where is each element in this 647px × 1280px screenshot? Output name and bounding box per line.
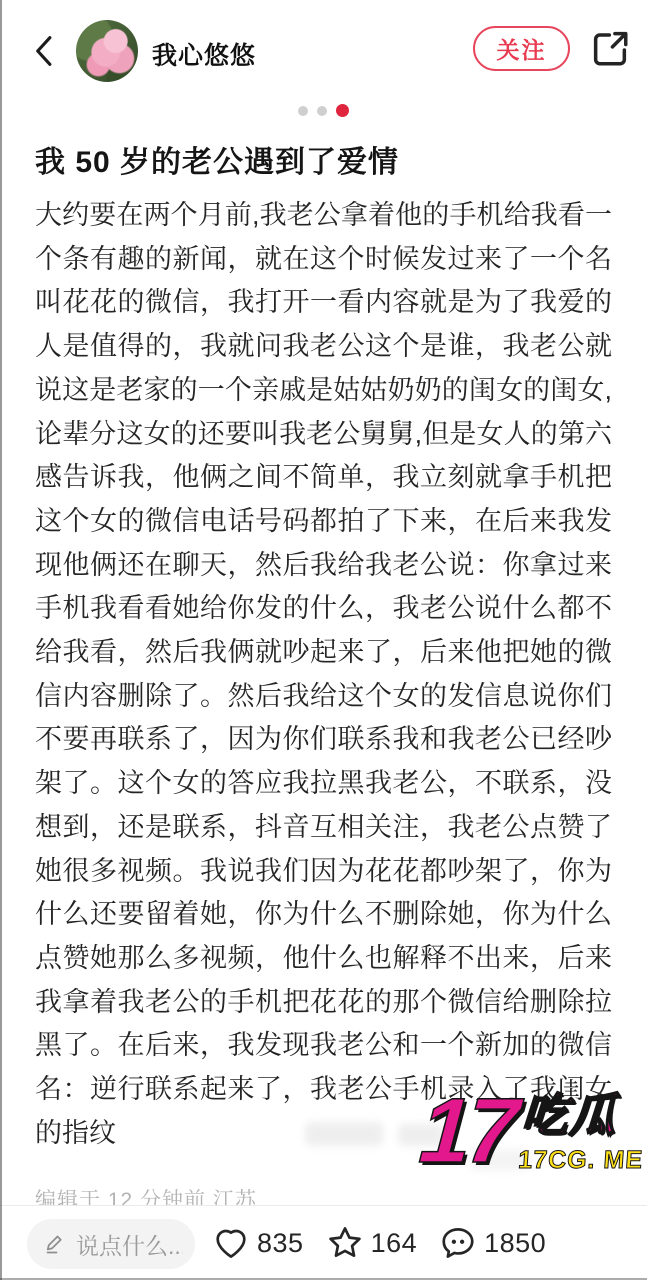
bottom-action-bar: 说点什么... 835 164 bbox=[0, 1205, 647, 1280]
post-body-line: 架了。这个女的答应我拉黑我老公，不联系，没 bbox=[35, 762, 612, 806]
pen-icon bbox=[43, 1232, 67, 1256]
post-body-line: 这个女的微信电话号码都拍了下来，在后来我发 bbox=[35, 500, 612, 544]
star-icon bbox=[326, 1224, 364, 1262]
post-body-line: 我拿着我老公的手机把花花的那个微信给删除拉 bbox=[35, 981, 612, 1025]
like-button[interactable]: 835 bbox=[212, 1224, 304, 1262]
post-body-line: 个条有趣的新闻，就在这个时候发过来了一个名 bbox=[35, 238, 612, 282]
share-button[interactable] bbox=[588, 27, 632, 71]
carousel-dot bbox=[298, 106, 308, 116]
post-body-line: 论辈分这女的还要叫我老公舅舅,但是女人的第六 bbox=[35, 413, 612, 457]
post-title: 我 50 岁的老公遇到了爱情 bbox=[35, 142, 612, 184]
carousel-pagination bbox=[0, 104, 647, 117]
comment-bubble-icon bbox=[439, 1224, 477, 1262]
faded-watermark-remnant bbox=[305, 1122, 383, 1146]
collect-count: 164 bbox=[371, 1228, 418, 1259]
comment-count: 1850 bbox=[484, 1228, 546, 1259]
watermark-chigua: 吃瓜 bbox=[520, 1092, 647, 1138]
post-body-line: 现他俩还在聊天，然后我给我老公说：你拿过来 bbox=[35, 544, 612, 588]
post-body-line: 想到，还是联系，抖音互相关注，我老公点赞了 bbox=[35, 806, 612, 850]
post-body: 大约要在两个月前,我老公拿着他的手机给我看一个条有趣的新闻，就在这个时候发过来了… bbox=[35, 194, 612, 1155]
carousel-dot-active bbox=[336, 104, 349, 117]
post-body-line: 给我看，然后我俩就吵起来了，后来他把她的微 bbox=[35, 631, 612, 675]
carousel-dot bbox=[317, 106, 327, 116]
post-content: 我 50 岁的老公遇到了爱情 大约要在两个月前,我老公拿着他的手机给我看一个条有… bbox=[35, 142, 612, 1155]
post-body-line: 大约要在两个月前,我老公拿着他的手机给我看一 bbox=[35, 194, 612, 238]
comment-button[interactable]: 1850 bbox=[439, 1224, 546, 1262]
username-label[interactable]: 我心悠悠 bbox=[152, 36, 256, 72]
post-body-line: 手机我看看她给你发的什么，我老公说什么都不 bbox=[35, 587, 612, 631]
watermark-url: 17CG. ME bbox=[517, 1146, 644, 1175]
site-watermark: 17 吃瓜 17CG. ME bbox=[417, 1088, 647, 1175]
post-body-line: 人是值得的，我就问我老公这个是谁，我老公就 bbox=[35, 325, 612, 369]
collect-button[interactable]: 164 bbox=[326, 1224, 418, 1262]
watermark-17: 17 bbox=[417, 1088, 517, 1174]
post-detail-screen: 我心悠悠 关注 我 50 岁的老公遇到了爱情 大约要在两个月前,我老公拿着他的手… bbox=[0, 0, 647, 1280]
post-body-line: 说这是老家的一个亲戚是姑姑奶奶的闺女的闺女, bbox=[35, 369, 612, 413]
action-buttons: 835 164 1850 bbox=[212, 1206, 568, 1280]
share-icon bbox=[589, 28, 631, 70]
header: 我心悠悠 关注 bbox=[0, 0, 647, 96]
post-body-line: 叫花花的微信，我打开一看内容就是为了我爱的 bbox=[35, 281, 612, 325]
back-chevron-icon bbox=[30, 34, 60, 68]
post-body-line: 点赞她那么多视频，他什么也解释不出来，后来 bbox=[35, 937, 612, 981]
comment-input[interactable]: 说点什么... bbox=[27, 1219, 195, 1269]
post-body-line: 她很多视频。我说我们因为花花都吵架了，你为 bbox=[35, 850, 612, 894]
post-body-line: 信内容删除了。然后我给这个女的发信息说你们 bbox=[35, 675, 612, 719]
post-body-line: 感告诉我，他俩之间不简单，我立刻就拿手机把 bbox=[35, 456, 612, 500]
post-body-line: 黑了。在后来，我发现我老公和一个新加的微信 bbox=[35, 1024, 612, 1068]
follow-button[interactable]: 关注 bbox=[473, 26, 570, 71]
user-avatar[interactable] bbox=[76, 20, 138, 82]
back-button[interactable] bbox=[28, 32, 62, 70]
comment-placeholder: 说点什么... bbox=[76, 1228, 183, 1261]
post-body-line: 不要再联系了，因为你们联系我和我老公已经吵 bbox=[35, 718, 612, 762]
like-count: 835 bbox=[257, 1228, 304, 1259]
post-body-line: 什么还要留着她，你为什么不删除她，你为什么 bbox=[35, 893, 612, 937]
heart-icon bbox=[212, 1224, 250, 1262]
screenshot-left-edge bbox=[0, 0, 2, 1280]
